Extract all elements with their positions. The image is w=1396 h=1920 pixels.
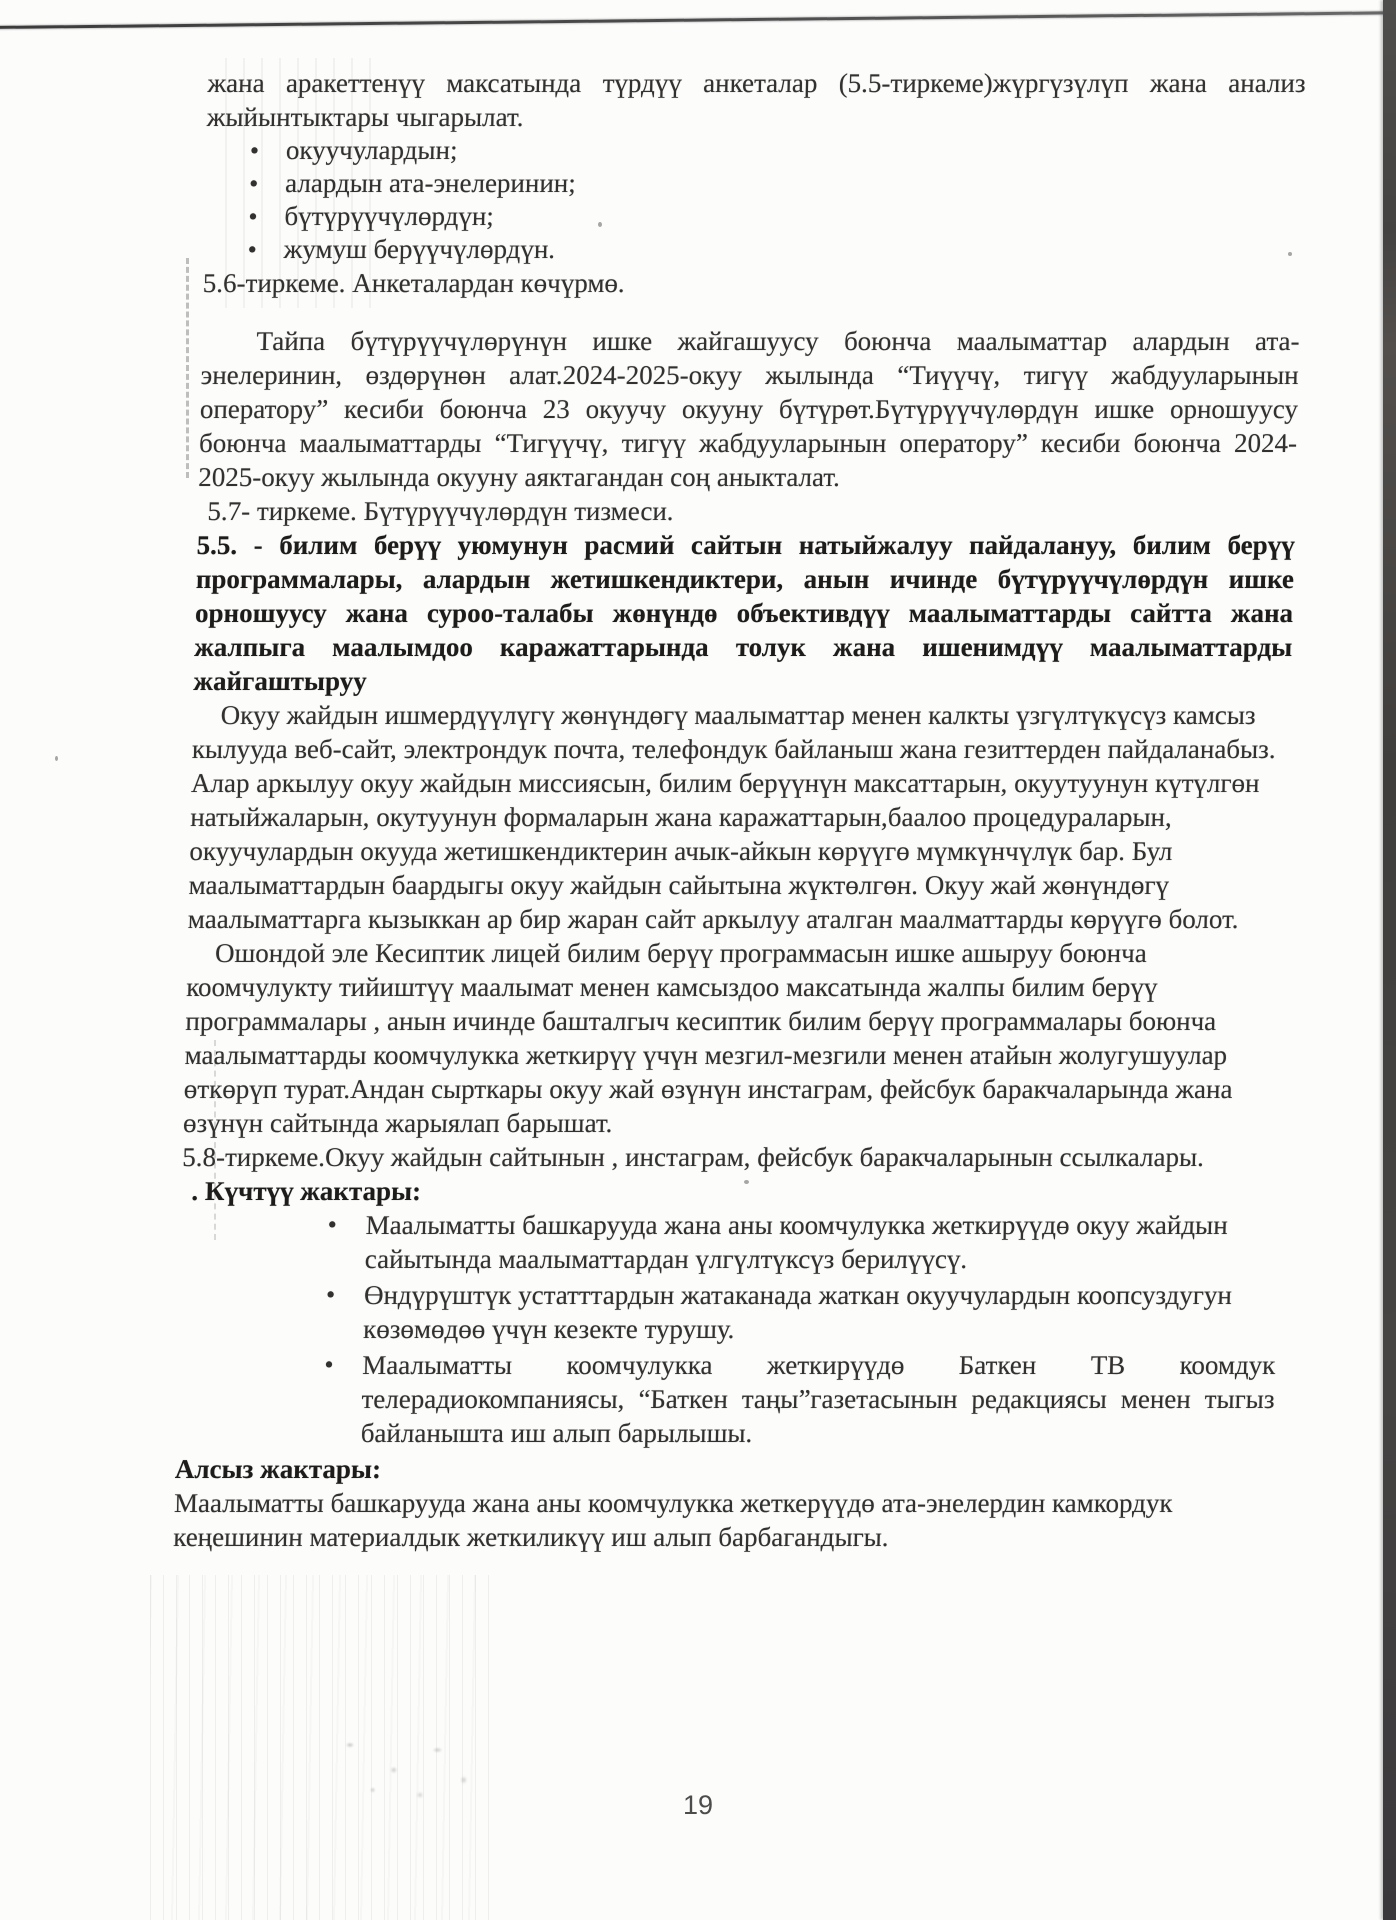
strengths-heading: . Күчтүү жактары: [181, 1174, 1280, 1208]
appendix-5-8-line: 5.8-тиркеме.Окуу жайдын сайтынын , инста… [182, 1140, 1281, 1174]
scanned-document-page: жана аракеттенүү максатында түрдүү анкет… [0, 0, 1396, 1920]
paragraph-community-outreach: Ошондой эле Кесиптик лицей билим берүү п… [183, 936, 1286, 1140]
heading-section-5-5: 5.5. - билим берүү уюмунун расмий сайтын… [193, 528, 1295, 698]
paragraph-questionnaires: жана аракеттенүү максатында түрдүү анкет… [206, 66, 1306, 134]
weaknesses-heading: Алсыз жактары: [175, 1452, 1274, 1486]
scan-artifact-top-edge-line [0, 11, 1396, 29]
appendix-5-6-line: 5.6-тиркеме. Анкеталардан көчүрмө. [202, 266, 1301, 300]
appendix-5-7-line: 5.7- тиркеме. Бүтүрүүчүлөрдүн тизмеси. [197, 494, 1296, 528]
paragraph-website-information: Окуу жайдын ишмердүүлүгү жөнүндөгү маалы… [187, 698, 1291, 936]
scan-artifact-speck [55, 756, 58, 761]
strengths-list: Маалыматты башкарууда жана аны коомчулук… [175, 1208, 1279, 1450]
paragraph-graduates-employment: Тайпа бүтүрүүчүлөрүнүн ишке жайгашуусу б… [198, 324, 1300, 494]
list-item: алардын ата-энелеринин; [285, 167, 1304, 200]
list-item: жумуш берүүчүлөрдүн. [283, 233, 1302, 266]
page-number: 19 [0, 1790, 1396, 1821]
paragraph-weaknesses: Маалыматты башкарууда жана аны коомчулук… [173, 1486, 1273, 1554]
list-item: бүтүрүүчүлөрдүн; [284, 200, 1303, 233]
scan-artifact-margin-dashes [186, 258, 189, 478]
document-body: жана аракеттенүү максатында түрдүү анкет… [173, 66, 1306, 1554]
scan-artifact-right-edge-strip [1383, 0, 1396, 1920]
list-item: окуучулардын; [286, 134, 1305, 167]
respondent-list: окуучулардын; алардын ата-энелеринин; бү… [203, 134, 1304, 266]
list-item: Өндүрүштүк устатттардын жатаканада жатка… [363, 1278, 1278, 1346]
list-item: Маалыматты коомчулукка жеткирүүдө Баткен… [360, 1348, 1275, 1450]
list-item: Маалыматты башкарууда жана аны коомчулук… [364, 1208, 1279, 1276]
